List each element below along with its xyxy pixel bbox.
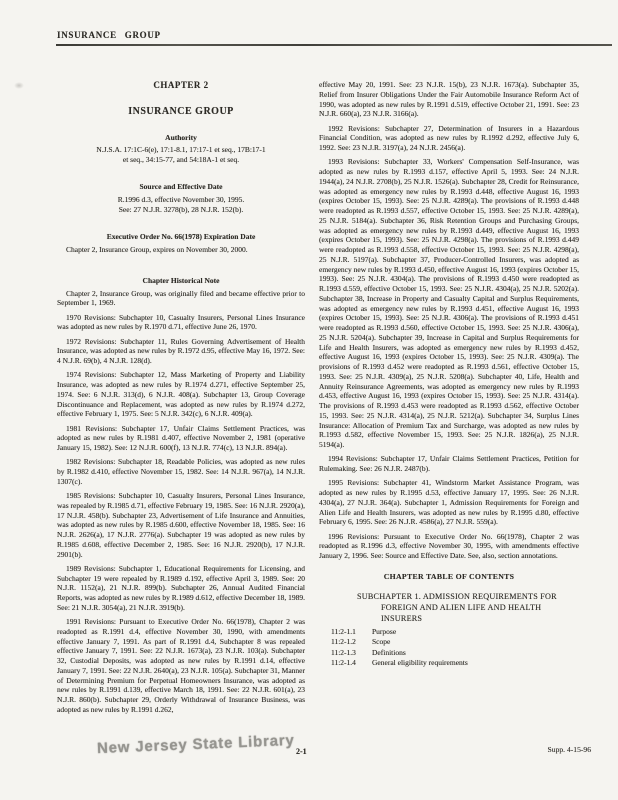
historical-paragraph: 1981 Revisions: Subchapter 17, Unfair Cl…	[57, 424, 305, 453]
running-header: INSURANCE GROUP	[57, 30, 161, 40]
expiration-heading: Executive Order No. 66(1978) Expiration …	[57, 232, 305, 242]
toc-entry: 11:2-1.2 Scope	[319, 637, 579, 647]
document-page: INSURANCE GROUP CHAPTER 2 INSURANCE GROU…	[0, 0, 618, 800]
source-heading: Source and Effective Date	[57, 182, 305, 192]
subchapter-heading: SUBCHAPTER 1. ADMISSION REQUIREMENTS FOR…	[319, 592, 579, 624]
toc-entry-number: 11:2-1.1	[331, 627, 372, 637]
supplement-date: Supp. 4-15-96	[548, 745, 591, 754]
historical-paragraph: 1970 Revisions: Subchapter 10, Casualty …	[57, 313, 305, 333]
revision-paragraph: 1992 Revisions: Subchapter 27, Determina…	[319, 124, 579, 153]
expiration-text: Chapter 2, Insurance Group, expires on N…	[57, 245, 305, 255]
subchapter-heading-line-2: FOREIGN AND ALIEN LIFE AND HEALTH	[319, 603, 579, 614]
left-column: CHAPTER 2 INSURANCE GROUP Authority N.J.…	[57, 80, 305, 719]
toc-entry-title: Definitions	[372, 648, 406, 658]
historical-paragraph: 1982 Revisions: Subchapter 18, Readable …	[57, 457, 305, 486]
historical-note-heading: Chapter Historical Note	[57, 276, 305, 286]
subchapter-heading-line-3: INSURERS	[319, 614, 579, 625]
continuation-paragraph: effective May 20, 1991. See: 23 N.J.R. 1…	[319, 80, 579, 119]
revision-paragraph: 1994 Revisions: Subchapter 17, Unfair Cl…	[319, 454, 579, 474]
toc-heading: CHAPTER TABLE OF CONTENTS	[319, 572, 579, 582]
authority-line-1: N.J.S.A. 17:1C-6(e), 17:1-8.1, 17:17-1 e…	[57, 145, 305, 155]
page-number: 2-1	[296, 747, 307, 756]
authority-heading: Authority	[57, 133, 305, 143]
historical-paragraph: 1985 Revisions: Subchapter 10, Casualty …	[57, 491, 305, 559]
revision-paragraph: 1996 Revisions: Pursuant to Executive Or…	[319, 532, 579, 561]
toc-entry-title: Purpose	[372, 627, 396, 637]
source-line-2: See: 27 N.J.R. 3278(b), 28 N.J.R. 152(b)…	[57, 205, 305, 215]
source-line-1: R.1996 d.3, effective November 30, 1995.	[57, 195, 305, 205]
historical-paragraph: 1989 Revisions: Subchapter 1, Educationa…	[57, 564, 305, 613]
authority-text: N.J.S.A. 17:1C-6(e), 17:1-8.1, 17:17-1 e…	[57, 145, 305, 165]
two-column-body: CHAPTER 2 INSURANCE GROUP Authority N.J.…	[57, 80, 579, 719]
header-rule	[56, 44, 612, 46]
toc-entry-title: General eligibility requirements	[372, 658, 468, 668]
historical-paragraph: 1972 Revisions: Subchapter 11, Rules Gov…	[57, 337, 305, 366]
library-stamp: New Jersey State Library	[97, 732, 295, 757]
historical-paragraph: Chapter 2, Insurance Group, was original…	[57, 289, 305, 309]
toc-entry: 11:2-1.1 Purpose	[319, 627, 579, 637]
revision-paragraph: 1995 Revisions: Subchapter 41, Windstorm…	[319, 478, 579, 527]
chapter-label: CHAPTER 2	[57, 80, 305, 92]
toc-entry: 11:2-1.4 General eligibility requirement…	[319, 658, 579, 668]
toc-entry-number: 11:2-1.2	[331, 637, 372, 647]
toc-entry-title: Scope	[372, 637, 390, 647]
right-column: effective May 20, 1991. See: 23 N.J.R. 1…	[319, 80, 579, 719]
toc-entry: 11:2-1.3 Definitions	[319, 648, 579, 658]
authority-line-2: et seq., 34:15-77, and 54:18A-1 et seq.	[57, 155, 305, 165]
historical-paragraph: 1974 Revisions: Subchapter 12, Mass Mark…	[57, 370, 305, 419]
scan-artifact	[14, 82, 24, 89]
historical-paragraph: 1991 Revisions: Pursuant to Executive Or…	[57, 617, 305, 715]
toc-entry-number: 11:2-1.4	[331, 658, 372, 668]
subchapter-heading-line-1: SUBCHAPTER 1. ADMISSION REQUIREMENTS FOR	[319, 592, 579, 603]
revision-paragraph: 1993 Revisions: Subchapter 33, Workers' …	[319, 157, 579, 450]
chapter-title: INSURANCE GROUP	[57, 105, 305, 118]
toc-entry-number: 11:2-1.3	[331, 648, 372, 658]
source-text: R.1996 d.3, effective November 30, 1995.…	[57, 195, 305, 215]
